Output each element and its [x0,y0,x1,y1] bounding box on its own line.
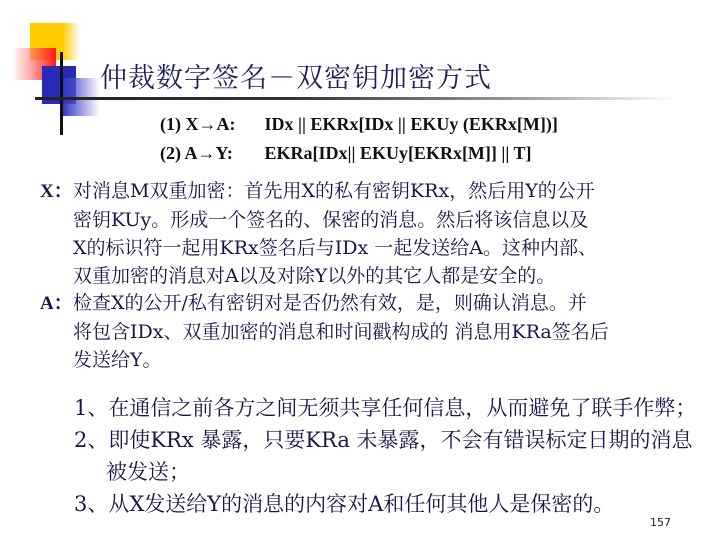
key-points-list: 1、在通信之前各方之间无须共享任何信息，从而避免了联手作弊； 2、即使KRx 暴… [74,392,696,520]
formula-1: (1) X→A: IDx || EKRx[IDx || EKUy (EKRx[M… [160,114,558,135]
key-point-3: 3、从X发送给Y的消息的内容对A和任何其他人是保密的。 [74,488,696,520]
slide-title: 仲裁数字签名－双密钥加密方式 [100,56,492,95]
decorative-vertical-line [60,52,63,135]
key-point-1: 1、在通信之前各方之间无须共享任何信息，从而避免了联手作弊； [74,392,696,424]
title-underline [35,97,675,100]
page-number: 157 [650,516,671,529]
paragraph-a-line: 将包含IDx、双重加密的消息和时间戳构成的 消息用KRa签名后 [40,318,609,346]
formula-2: (2) A→Y: EKRa[IDx|| EKUy[EKRx[M]] || T] [160,143,532,164]
paragraph-a-line: 检查X的公开/私有密钥对是否仍然有效，是，则确认消息。并 [73,292,587,314]
paragraph-a-lead: A： [40,290,73,318]
paragraph-a: A：检查X的公开/私有密钥对是否仍然有效，是，则确认消息。并 将包含IDx、双重… [40,289,609,374]
formula-1-expr: IDx || EKRx[IDx || EKUy (EKRx[M])] [265,114,558,134]
paragraph-x-line: 密钥KUy。形成一个签名的、保密的消息。然后将该信息以及 [40,206,597,234]
paragraph-a-line: 发送给Y。 [40,346,609,374]
paragraph-x-lead: X： [40,178,73,206]
paragraph-x: X：对消息M双重加密：首先用X的私有密钥KRx，然后用Y的公开 密钥KUy。形成… [40,177,597,290]
formula-2-label: (2) A→Y: [160,143,260,164]
paragraph-x-line: X的标识符一起用KRx签名后与IDx 一起发送给A。这种内部、 [40,234,597,262]
key-point-2-continued: 被发送； [74,456,696,488]
paragraph-x-line: 对消息M双重加密：首先用X的私有密钥KRx，然后用Y的公开 [73,180,595,202]
paragraph-x-line: 双重加密的消息对A以及对除Y以外的其它人都是安全的。 [40,262,597,290]
formula-2-expr: EKRa[IDx|| EKUy[EKRx[M]] || T] [265,143,532,163]
formula-1-label: (1) X→A: [160,114,260,135]
key-point-2: 2、即使KRx 暴露，只要KRa 未暴露，不会有错误标定日期的消息 [74,424,696,456]
